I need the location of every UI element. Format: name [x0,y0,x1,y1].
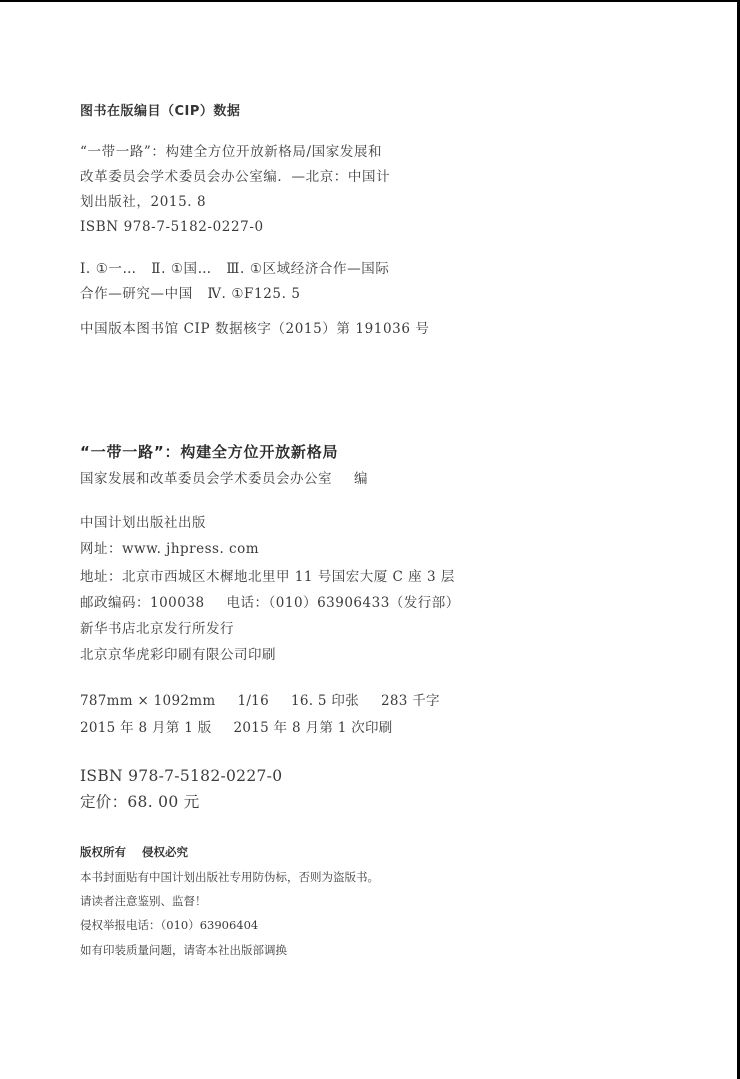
book-editor-line: 国家发展和改革委员会学术委员会办公室编 [80,473,368,487]
cip-record-line-2: 改革委员会学术委员会办公室编．—北京：中国计 [80,171,390,185]
website-label: 网址： [80,541,122,557]
format: 1/16 [237,693,269,709]
cip-record-isbn: ISBN 978-7-5182-0227-0 [80,221,264,235]
book-editor-role: 编 [354,471,368,487]
cip-record-line-1: “一带一路”：构建全方位开放新格局/国家发展和 [80,146,382,160]
postcode: 邮政编码：100038 [80,595,205,611]
edition: 2015 年 8 月第 1 版 [80,720,212,736]
word-count: 283 千字 [381,693,440,709]
cip-heading: 图书在版编目（CIP）数据 [80,105,240,118]
copyright-infringement: 侵权必究 [142,845,188,859]
book-title: “一带一路”：构建全方位开放新格局 [80,445,338,460]
cip-record-line-3: 划出版社，2015. 8 [80,196,206,210]
copyright-line-4: 如有印装质量问题，请寄本社出版部调换 [80,945,287,957]
printer: 北京京华虎彩印刷有限公司印刷 [80,649,276,663]
copyright-line-1: 本书封面贴有中国计划出版社专用防伪标，否则为盗版书。 [80,872,379,884]
distributor: 新华书店北京发行所发行 [80,623,234,637]
contact-line: 邮政编码：100038电话：（010）63906433（发行部） [80,597,460,611]
sheets: 16. 5 印张 [291,693,359,709]
book-editor: 国家发展和改革委员会学术委员会办公室 [80,471,332,487]
publisher: 中国计划出版社出版 [80,517,206,531]
copyright-line-3: 侵权举报电话：（010）63906404 [80,920,258,932]
copyright-page: 图书在版编目（CIP）数据 “一带一路”：构建全方位开放新格局/国家发展和 改革… [0,0,740,1079]
isbn: ISBN 978-7-5182-0227-0 [80,769,282,785]
cip-number: 中国版本图书馆 CIP 数据核字（2015）第 191036 号 [80,323,430,337]
cip-classification-line-2: 合作—研究—中国 Ⅳ. ①F125. 5 [80,288,301,302]
address: 地址：北京市西城区木樨地北里甲 11 号国宏大厦 C 座 3 层 [80,571,455,585]
specs-line-1: 787mm × 1092mm1/1616. 5 印张283 千字 [80,695,440,709]
copyright-all-rights: 版权所有 [80,845,126,859]
copyright-line-2: 请读者注意鉴别、监督！ [80,896,207,908]
price: 定价：68. 00 元 [80,795,200,811]
copyright-heading: 版权所有侵权必究 [80,847,188,859]
phone: 电话：（010）63906433（发行部） [227,595,460,611]
cip-classification-line-1: Ⅰ. ①一… Ⅱ. ①国… Ⅲ. ①区域经济合作—国际 [80,263,389,277]
printing: 2015 年 8 月第 1 次印刷 [234,720,393,736]
paper-size: 787mm × 1092mm [80,693,215,709]
website-line: 网址：www. jhpress. com [80,543,259,557]
website-link[interactable]: www. jhpress. com [122,541,259,557]
specs-line-2: 2015 年 8 月第 1 版2015 年 8 月第 1 次印刷 [80,722,393,736]
